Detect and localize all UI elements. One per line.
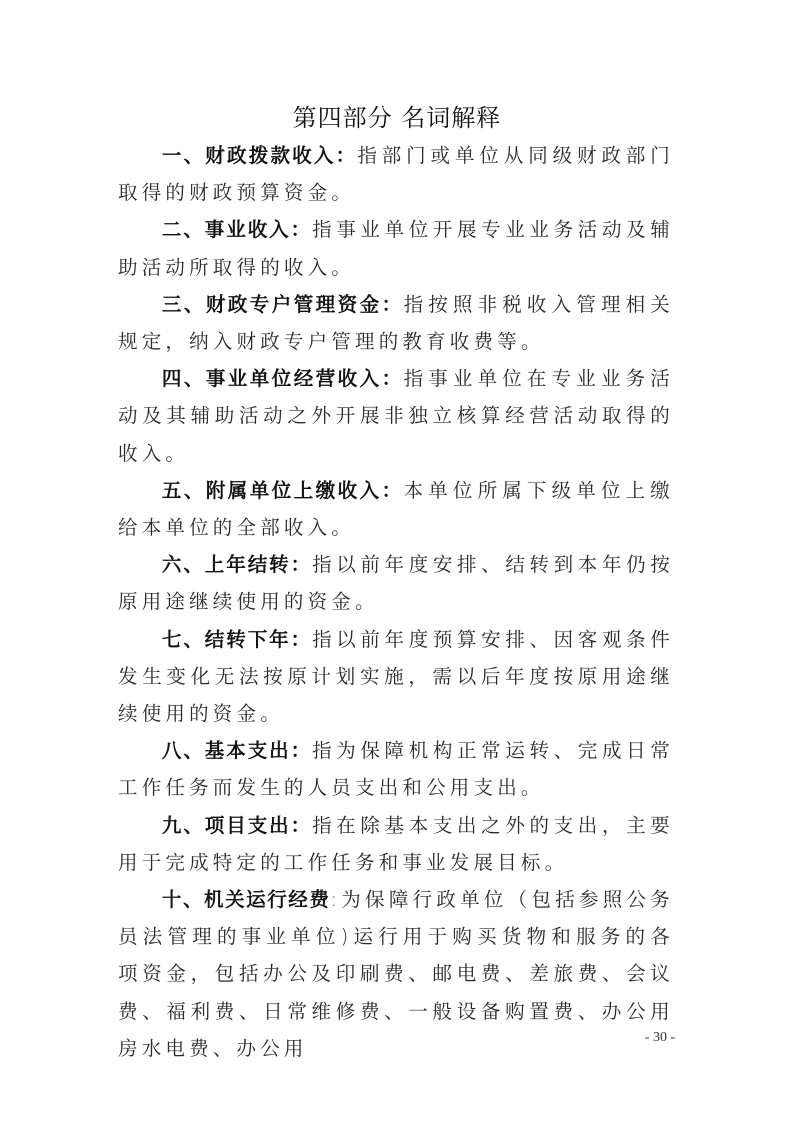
glossary-entry-3: 三、财政专户管理资金：指按照非税收入管理相关规定，纳入财政专户管理的教育收费等。 <box>118 286 674 360</box>
term-label: 七、结转下年： <box>162 628 312 651</box>
term-label: 五、附属单位上缴收入： <box>162 479 404 502</box>
glossary-entry-4: 四、事业单位经营收入：指事业单位在专业业务活动及其辅助活动之外开展非独立核算经营… <box>118 360 674 472</box>
term-label: 十、机关运行经费 <box>162 888 331 911</box>
glossary-entry-9: 九、项目支出：指在除基本支出之外的支出，主要用于完成特定的工作任务和事业发展目标… <box>118 807 674 881</box>
term-label: 三、财政专户管理资金： <box>162 293 404 316</box>
page-title: 第四部分 名词解释 <box>0 100 794 136</box>
document-page: 第四部分 名词解释 一、财政拨款收入：指部门或单位从同级财政部门取得的财政预算资… <box>0 0 794 1122</box>
glossary-entry-10: 十、机关运行经费:为保障行政单位（包括参照公务员法管理的事业单位)运行用于购买货… <box>118 881 674 1067</box>
term-definition: :为保障行政单位（包括参照公务员法管理的事业单位)运行用于购买货物和服务的各项资… <box>118 888 674 1060</box>
term-label: 九、项目支出： <box>162 814 312 837</box>
glossary-entry-2: 二、事业收入：指事业单位开展专业业务活动及辅助活动所取得的收入。 <box>118 211 674 285</box>
term-label: 四、事业单位经营收入： <box>162 367 404 390</box>
glossary-entry-6: 六、上年结转：指以前年度安排、结转到本年仍按原用途继续使用的资金。 <box>118 546 674 620</box>
glossary-entry-1: 一、财政拨款收入：指部门或单位从同级财政部门取得的财政预算资金。 <box>118 137 674 211</box>
term-label: 六、上年结转： <box>162 553 312 576</box>
term-label: 八、基本支出： <box>162 739 312 762</box>
glossary-entry-7: 七、结转下年：指以前年度预算安排、因客观条件发生变化无法按原计划实施，需以后年度… <box>118 621 674 733</box>
term-label: 二、事业收入： <box>162 218 312 241</box>
page-number: - 30 - <box>600 1030 720 1046</box>
glossary-entry-5: 五、附属单位上缴收入：本单位所属下级单位上缴给本单位的全部收入。 <box>118 472 674 546</box>
glossary-body: 一、财政拨款收入：指部门或单位从同级财政部门取得的财政预算资金。 二、事业收入：… <box>118 137 674 1067</box>
glossary-entry-8: 八、基本支出：指为保障机构正常运转、完成日常工作任务而发生的人员支出和公用支出。 <box>118 732 674 806</box>
term-label: 一、财政拨款收入： <box>162 144 357 167</box>
